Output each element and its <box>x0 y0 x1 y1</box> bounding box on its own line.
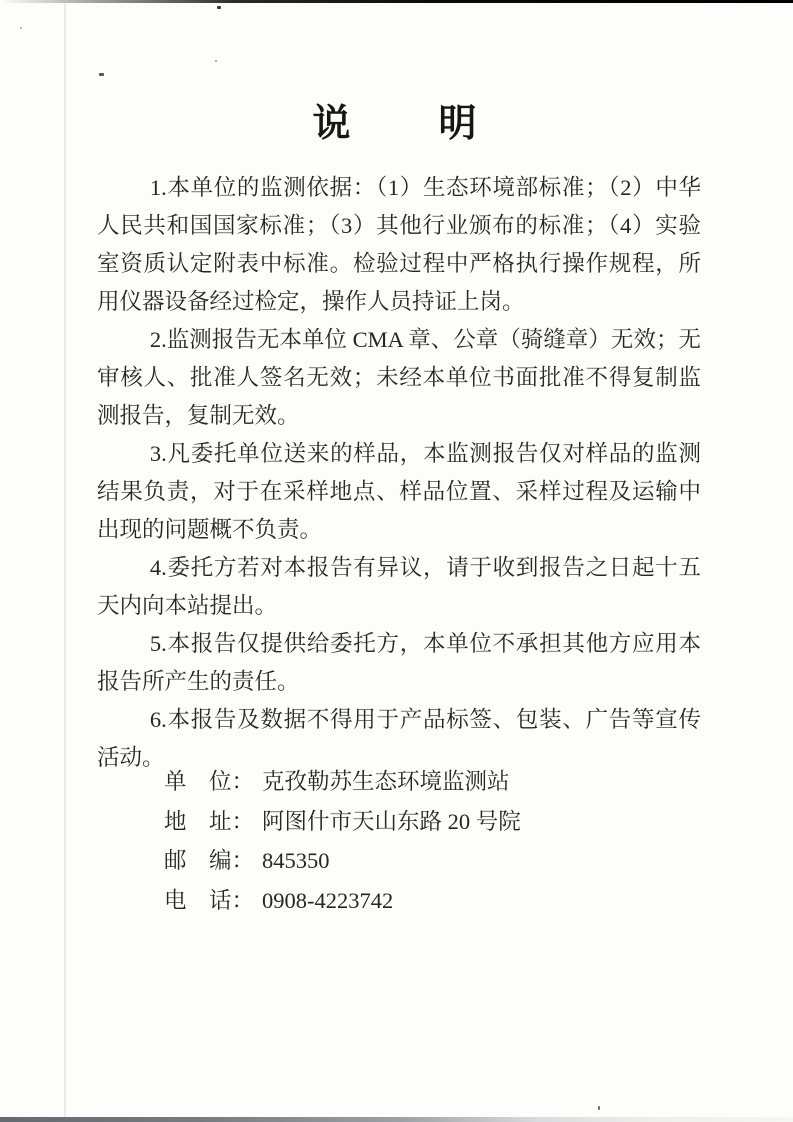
scan-speck <box>598 1106 600 1110</box>
contact-block: 单 位：克孜勒苏生态环境监测站 地 址：阿图什市天山东路 20 号院 邮 编：8… <box>164 762 521 920</box>
contact-phone-value: 0908-4223742 <box>254 888 393 913</box>
scan-edge-bottom-artifact <box>0 1117 793 1122</box>
contact-phone-row: 电 话：0908-4223742 <box>164 881 521 921</box>
contact-postcode-row: 邮 编：845350 <box>164 841 521 881</box>
note-paragraph-4: 4.委托方若对本报告有异议，请于收到报告之日起十五天内向本站提出。 <box>97 549 701 625</box>
contact-postcode-value: 845350 <box>254 848 330 873</box>
contact-unit-label: 单 位： <box>164 769 254 794</box>
scan-vertical-line-artifact <box>64 0 66 1122</box>
note-paragraph-1: 1.本单位的监测依据：（1）生态环境部标准；（2）中华人民共和国国家标准；（3）… <box>97 169 701 321</box>
note-paragraph-5: 5.本报告仅提供给委托方，本单位不承担其他方应用本报告所产生的责任。 <box>97 625 701 701</box>
contact-unit-row: 单 位：克孜勒苏生态环境监测站 <box>164 762 521 802</box>
scan-speck <box>217 6 221 9</box>
scan-speck <box>20 27 22 29</box>
contact-phone-label: 电 话： <box>164 888 254 913</box>
scan-speck <box>215 60 217 62</box>
scanned-document-page: 说 明 1.本单位的监测依据：（1）生态环境部标准；（2）中华人民共和国国家标准… <box>0 0 793 1122</box>
contact-postcode-label: 邮 编： <box>164 848 254 873</box>
note-paragraph-2: 2.监测报告无本单位 CMA 章、公章（骑缝章）无效；无审核人、批准人签名无效；… <box>97 321 701 435</box>
page-title: 说 明 <box>0 92 793 147</box>
contact-address-label: 地 址： <box>164 809 254 834</box>
scan-edge-top-artifact <box>0 0 793 3</box>
notes-body: 1.本单位的监测依据：（1）生态环境部标准；（2）中华人民共和国国家标准；（3）… <box>97 169 701 777</box>
contact-unit-value: 克孜勒苏生态环境监测站 <box>254 769 510 794</box>
contact-address-value: 阿图什市天山东路 20 号院 <box>254 809 521 834</box>
note-paragraph-3: 3.凡委托单位送来的样品，本监测报告仅对样品的监测结果负责，对于在采样地点、样品… <box>97 435 701 549</box>
scan-speck <box>99 73 104 76</box>
contact-address-row: 地 址：阿图什市天山东路 20 号院 <box>164 802 521 842</box>
